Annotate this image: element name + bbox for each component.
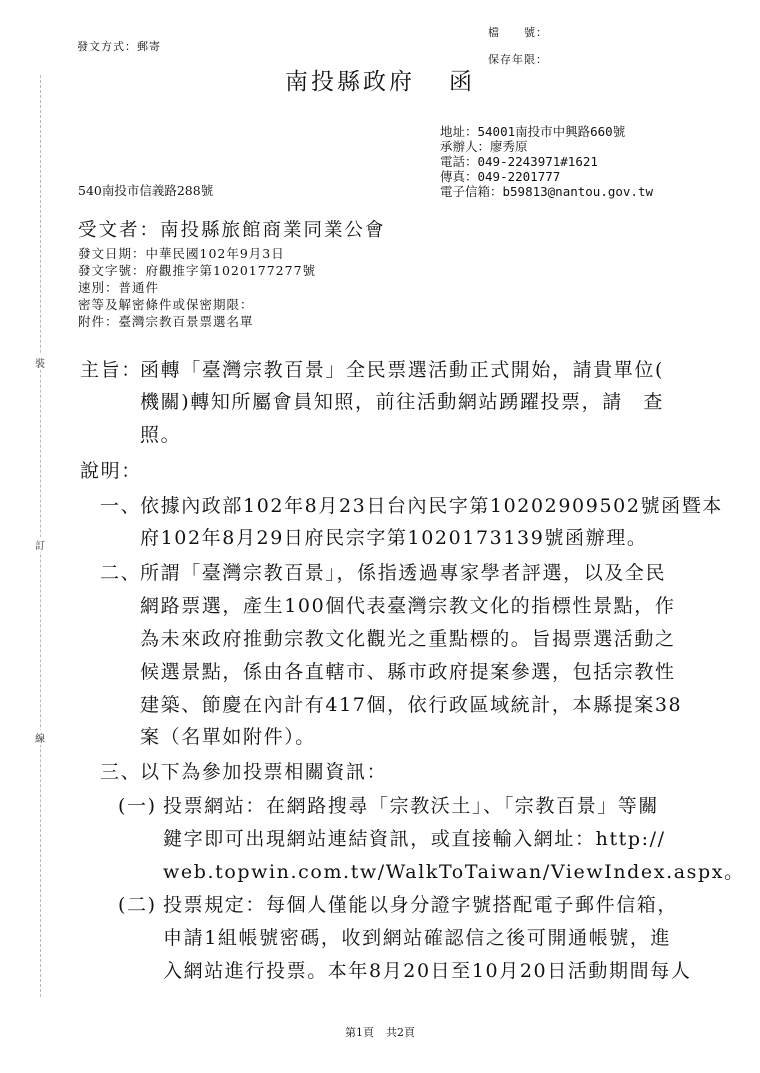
priority: 速別：普通件 (78, 279, 316, 296)
file-number-label: 檔 號： (488, 24, 548, 40)
item-line: 建築、節慶在內計有417個，依行政區域統計，本縣提案38 (140, 690, 682, 717)
classification: 密等及解密條件或保密期限： (78, 296, 316, 313)
subitem-line: 申請1組帳號密碼，收到網站確認信之後可開通帳號，進 (163, 923, 671, 950)
contact-block: 地址：54001南投市中興路660號 承辦人：廖秀原 電話：049-224397… (440, 124, 653, 199)
page-total: 共2頁 (386, 1026, 415, 1039)
subitem-line: 投票網站：在網路搜尋「宗教沃土」、「宗教百景」等關 (163, 791, 659, 818)
document-number: 發文字號：府觀推字第1020177277號 (78, 262, 316, 279)
subject-line: 照。 (140, 420, 181, 447)
contact-address: 地址：54001南投市中興路660號 (440, 124, 653, 139)
subitem-line: 投票規定：每個人僅能以身分證字號搭配電子郵件信箱， (163, 890, 678, 917)
page-footer: 第1頁共2頁 (0, 1024, 760, 1040)
document-meta: 發文日期：中華民國102年9月3日 發文字號：府觀推字第1020177277號 … (78, 245, 316, 330)
binding-mark-xian: 線 (35, 730, 45, 745)
contact-phone: 電話：049-2243971#1621 (440, 154, 653, 169)
subitem-url-line: web.topwin.com.tw/WalkToTaiwan/ViewIndex… (163, 857, 745, 884)
item-line: 以下為參加投票相關資訊： (140, 757, 387, 784)
document-title: 南投縣政府函 (0, 63, 760, 96)
subitem-marker: (一) (118, 791, 157, 818)
subitem-line: 鍵字即可出現網站連結資訊，或直接輸入網址：http:// (163, 824, 666, 851)
doc-type: 函 (449, 69, 475, 95)
item-line: 依據內政部102年8月23日台內民字第10202909502號函暨本 (140, 491, 723, 518)
binding-line (40, 75, 41, 997)
item-line: 所謂「臺灣宗教百景」，係指透過專家學者評選，以及全民 (140, 558, 666, 585)
send-method-label: 發文方式： (77, 40, 137, 53)
subject-line: 函轉「臺灣宗教百景」全民票選活動正式開始，請貴單位( (140, 355, 664, 382)
issue-date: 發文日期：中華民國102年9月3日 (78, 245, 316, 262)
binding-mark-zhuang: 裝 (35, 355, 45, 370)
item-line: 候選景點，係由各直轄市、縣市政府提案參選，包括宗教性 (140, 657, 676, 684)
recipient-name: 南投縣旅館商業同業公會 (160, 220, 386, 241)
item-marker: 三、 (100, 757, 141, 784)
subject-line: 機關)轉知所屬會員知照，前往活動網站踴躍投票，請 查 (140, 387, 664, 414)
contact-fax: 傳真：049-2201777 (440, 169, 653, 184)
binding-mark-ding: 訂 (35, 537, 45, 552)
contact-handler: 承辦人：廖秀原 (440, 139, 653, 154)
page-number: 第1頁 (345, 1026, 374, 1039)
issuer-name: 南投縣政府 (285, 69, 415, 95)
attachment: 附件：臺灣宗教百景票選名單 (78, 313, 316, 330)
send-method-value: 郵寄 (137, 40, 161, 53)
recipient-address: 540南投市信義路288號 (78, 181, 213, 199)
item-marker: 二、 (100, 558, 141, 585)
contact-email: 電子信箱：b59813@nantou.gov.tw (440, 184, 653, 199)
item-marker: 一、 (100, 491, 141, 518)
item-line: 為未來政府推動宗教文化觀光之重點標的。旨揭票選活動之 (140, 624, 676, 651)
recipient: 受文者：南投縣旅館商業同業公會 (78, 216, 386, 242)
explanation-label: 說明： (80, 456, 142, 483)
item-line: 案（名單如附件）。 (140, 722, 316, 749)
recipient-label: 受文者： (78, 220, 160, 241)
item-line: 府102年8月29日府民宗字第1020173139號函辦理。 (140, 523, 647, 550)
item-line: 網路票選，產生100個代表臺灣宗教文化的指標性景點，作 (140, 591, 675, 618)
send-method: 發文方式：郵寄 (77, 38, 161, 54)
subitem-line: 入網站進行投票。本年8月20日至10月20日活動期間每人 (163, 956, 691, 983)
subitem-marker: (二) (118, 890, 157, 917)
subject-label: 主旨： (80, 355, 142, 382)
